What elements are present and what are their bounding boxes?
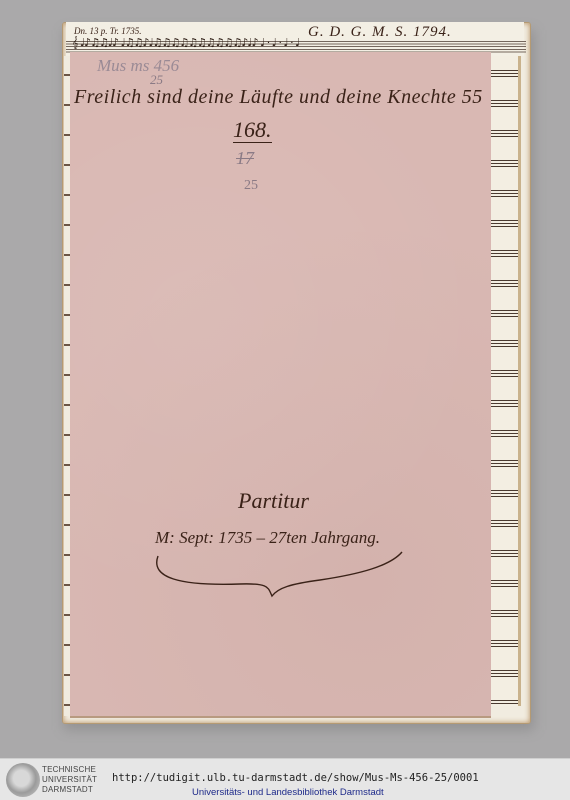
new-number: 25 [244, 178, 258, 194]
flourish-ornament [150, 548, 410, 598]
top-reference: Dn. 13 p. Tr. 1735. [74, 26, 142, 36]
tu-darmstadt-logo-icon [6, 763, 40, 797]
catalog-number: 168. [233, 118, 272, 143]
date-line: M: Sept: 1735 – 27ten Jahrgang. [155, 528, 380, 548]
library-link[interactable]: Universitäts- und Landesbibliothek Darms… [192, 787, 384, 798]
cantata-title: Freilich sind deine Läufte und deine Kne… [74, 86, 483, 109]
crossed-number: 17 [236, 148, 254, 169]
score-label: Partitur [238, 488, 309, 514]
footer-bar: TECHNISCHE UNIVERSITÄT DARMSTADT http://… [0, 758, 570, 800]
university-name: TECHNISCHE UNIVERSITÄT DARMSTADT [42, 765, 97, 795]
call-number: Mus ms 456 [97, 56, 179, 76]
right-page-edge-music [490, 56, 521, 706]
pink-cover-sheet [70, 52, 491, 718]
permalink-url[interactable]: http://tudigit.ulb.tu-darmstadt.de/show/… [112, 772, 479, 784]
document-viewer: Dn. 13 p. Tr. 1735. G. D. G. M. S. 1794.… [0, 0, 570, 758]
